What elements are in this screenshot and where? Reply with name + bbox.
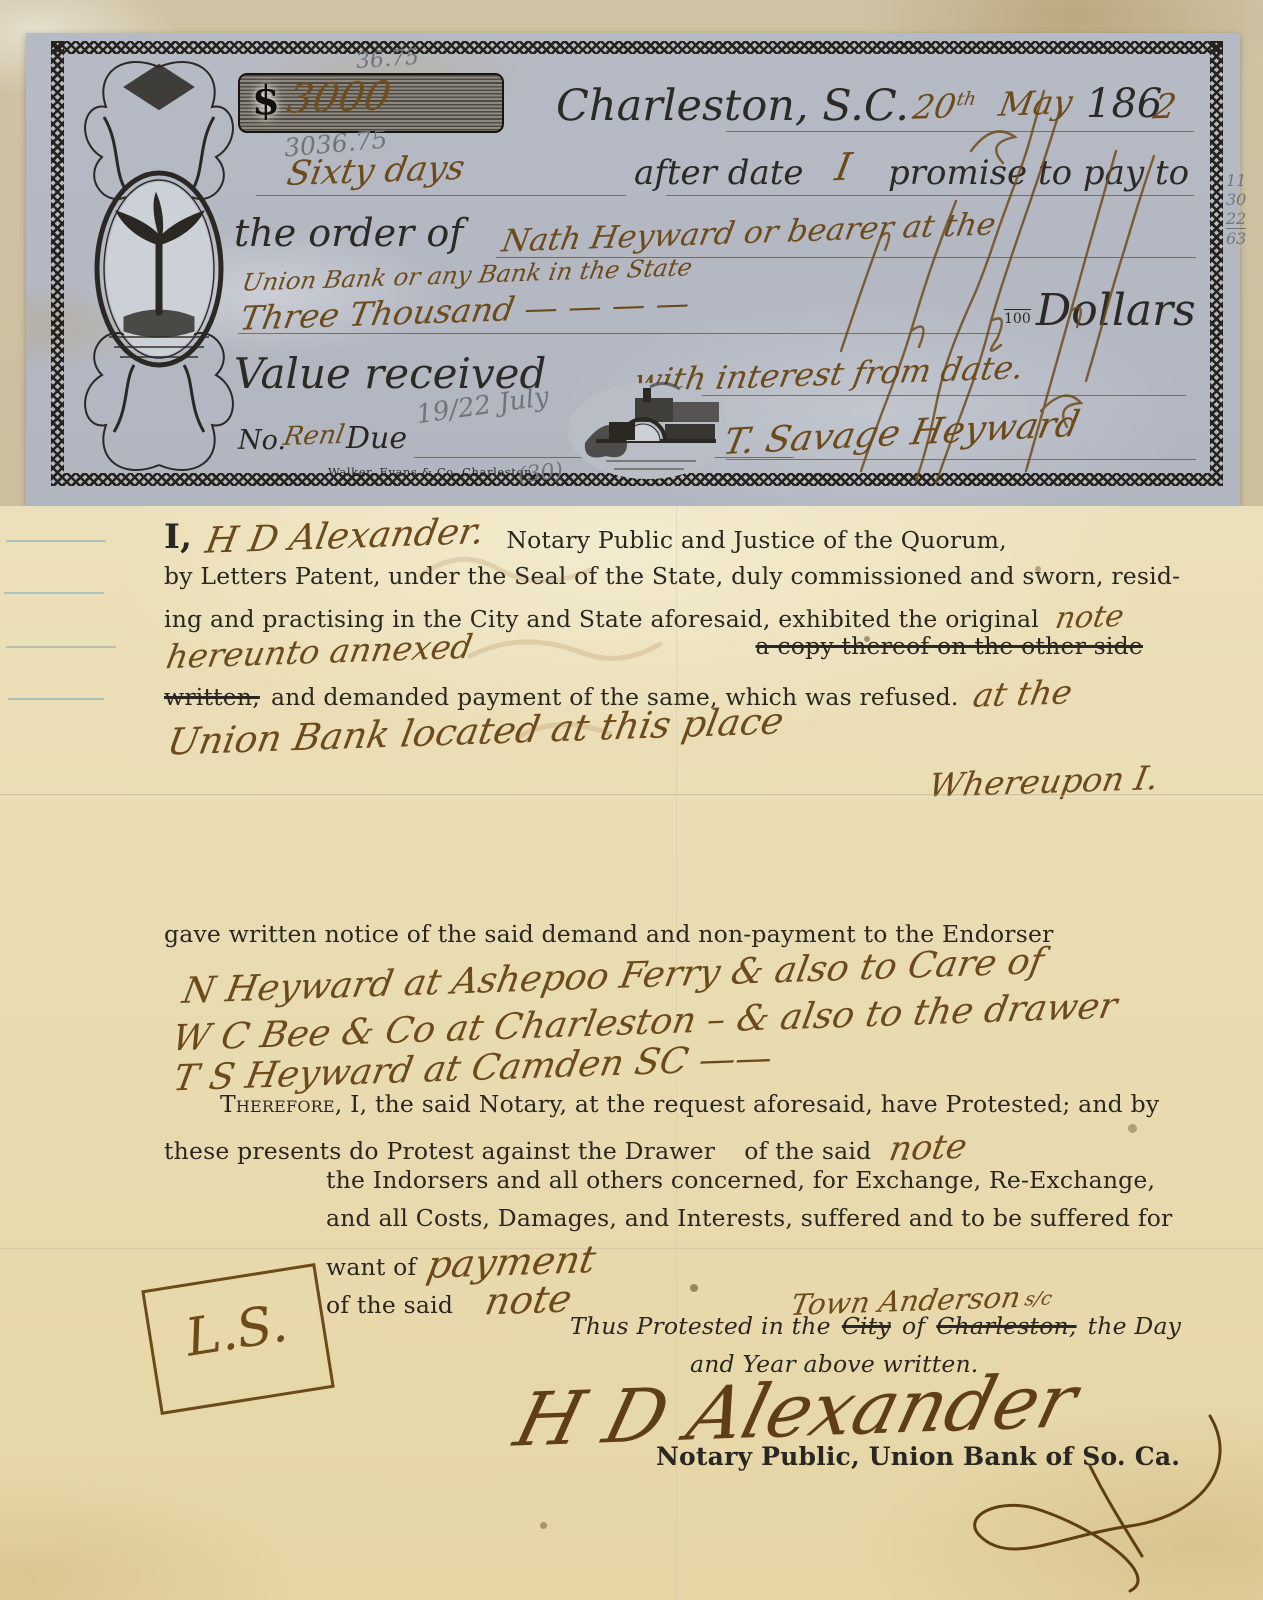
therefore-line-6: of the said note <box>326 1278 571 1322</box>
promissory-note: $ 3000 36.75 3036.75 Charleston, S.C. 20… <box>26 33 1240 506</box>
margin-pencil-figures: 11 30 22 63 <box>1226 171 1246 248</box>
term-handwritten: Sixty days <box>284 148 468 194</box>
therefore-line-4: and all Costs, Damages, and Interests, s… <box>326 1204 1173 1232</box>
therefore-line-1: Therefore, I, the said Notary, at the re… <box>164 1090 1159 1118</box>
closing-line-1: Thus Protested in the City of Charleston… <box>570 1312 1181 1340</box>
train-bridge-vignette-icon <box>566 381 731 481</box>
protest-document: I, H D Alexander. Notary Public and Just… <box>0 506 1263 1600</box>
bleed-through-ink <box>380 516 740 776</box>
therefore-line-3: the Indorsers and all others concerned, … <box>326 1166 1155 1194</box>
signature-flourish <box>880 1406 1240 1596</box>
note-border-left <box>51 41 64 486</box>
document-scan: $ 3000 36.75 3036.75 Charleston, S.C. 20… <box>0 0 1263 1600</box>
ls-seal: L.S. <box>141 1263 335 1415</box>
notice-line: gave written notice of the said demand a… <box>164 920 1054 948</box>
due-label: Due <box>346 421 407 456</box>
whereupon-handwritten: Whereupon I. <box>926 758 1162 805</box>
no-label: No. <box>238 425 286 456</box>
pencil-interest-amount: 36.75 <box>355 45 420 74</box>
after-date-printed: after date <box>634 153 804 193</box>
no-handwritten: Renl <box>281 420 347 452</box>
therefore-line-2: these presents do Protest against the Dr… <box>164 1128 967 1168</box>
ls-label: L.S. <box>182 1294 291 1369</box>
amount-box: $ 3000 <box>238 73 504 133</box>
diagonal-endorsement-ink <box>786 51 1226 491</box>
dollar-sign: $ <box>252 77 280 124</box>
printer-imprint: Walker, Evans & Co. Charleston. <box>328 465 536 479</box>
order-of-printed: the order of <box>234 211 463 255</box>
amount-handwritten: 3000 <box>284 73 395 123</box>
palmetto-vignette-icon <box>64 47 254 485</box>
notary-title: Notary Public, Union Bank of So. Ca. <box>656 1442 1180 1471</box>
